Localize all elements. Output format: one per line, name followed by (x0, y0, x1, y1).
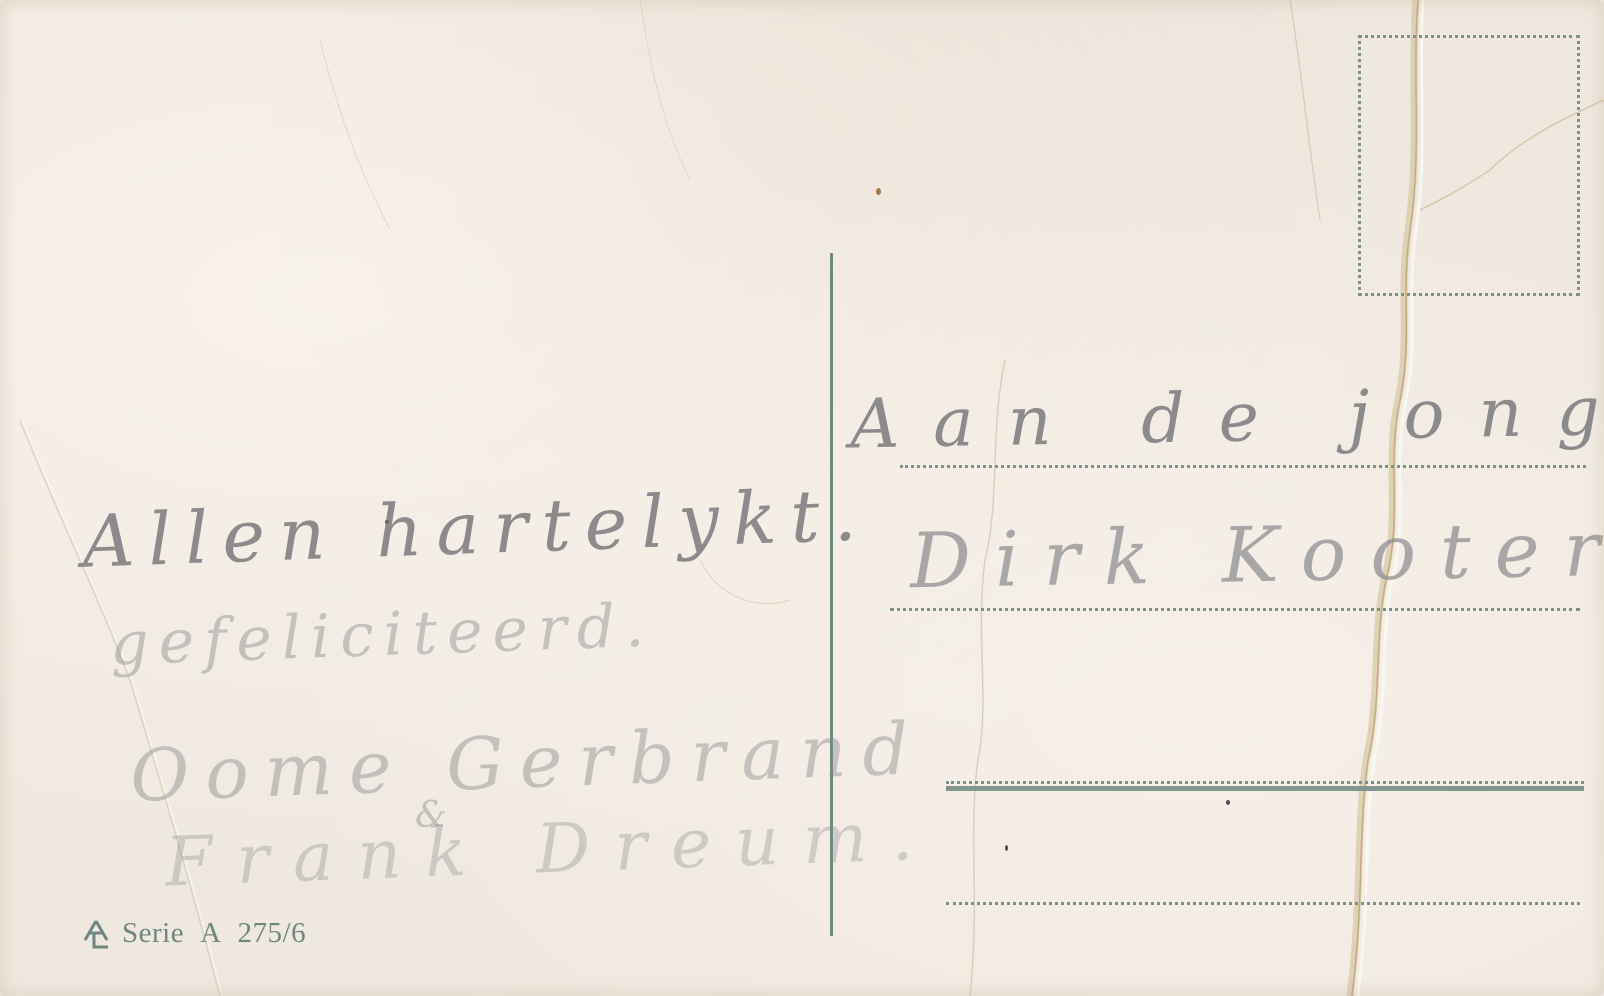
paper-speck (876, 188, 881, 195)
address-recipient-line-2: Dirk Kooter (909, 504, 1604, 605)
address-line-4 (946, 902, 1580, 905)
address-line-2 (890, 608, 1580, 611)
publisher-logo-icon (80, 918, 112, 950)
address-underline-thick (946, 786, 1584, 791)
address-recipient-line-1: Aan de jonge (849, 371, 1604, 465)
series-label: Serie (122, 917, 184, 950)
stamp-placeholder-box (1358, 35, 1580, 296)
message-line-1: Allen hartelykt. (81, 472, 872, 583)
series-imprint: Serie A 275/6 (80, 917, 306, 950)
series-letter: A (200, 917, 221, 950)
address-line-3 (946, 781, 1584, 784)
message-line-2: gefeliciteerd. (109, 591, 655, 680)
address-line-1 (900, 465, 1586, 468)
series-number: 275/6 (238, 917, 307, 950)
paper-speck (1226, 800, 1230, 805)
postcard-back: Aan de jonge Dirk Kooter Allen hartelykt… (0, 0, 1604, 996)
paper-speck (1005, 845, 1008, 851)
